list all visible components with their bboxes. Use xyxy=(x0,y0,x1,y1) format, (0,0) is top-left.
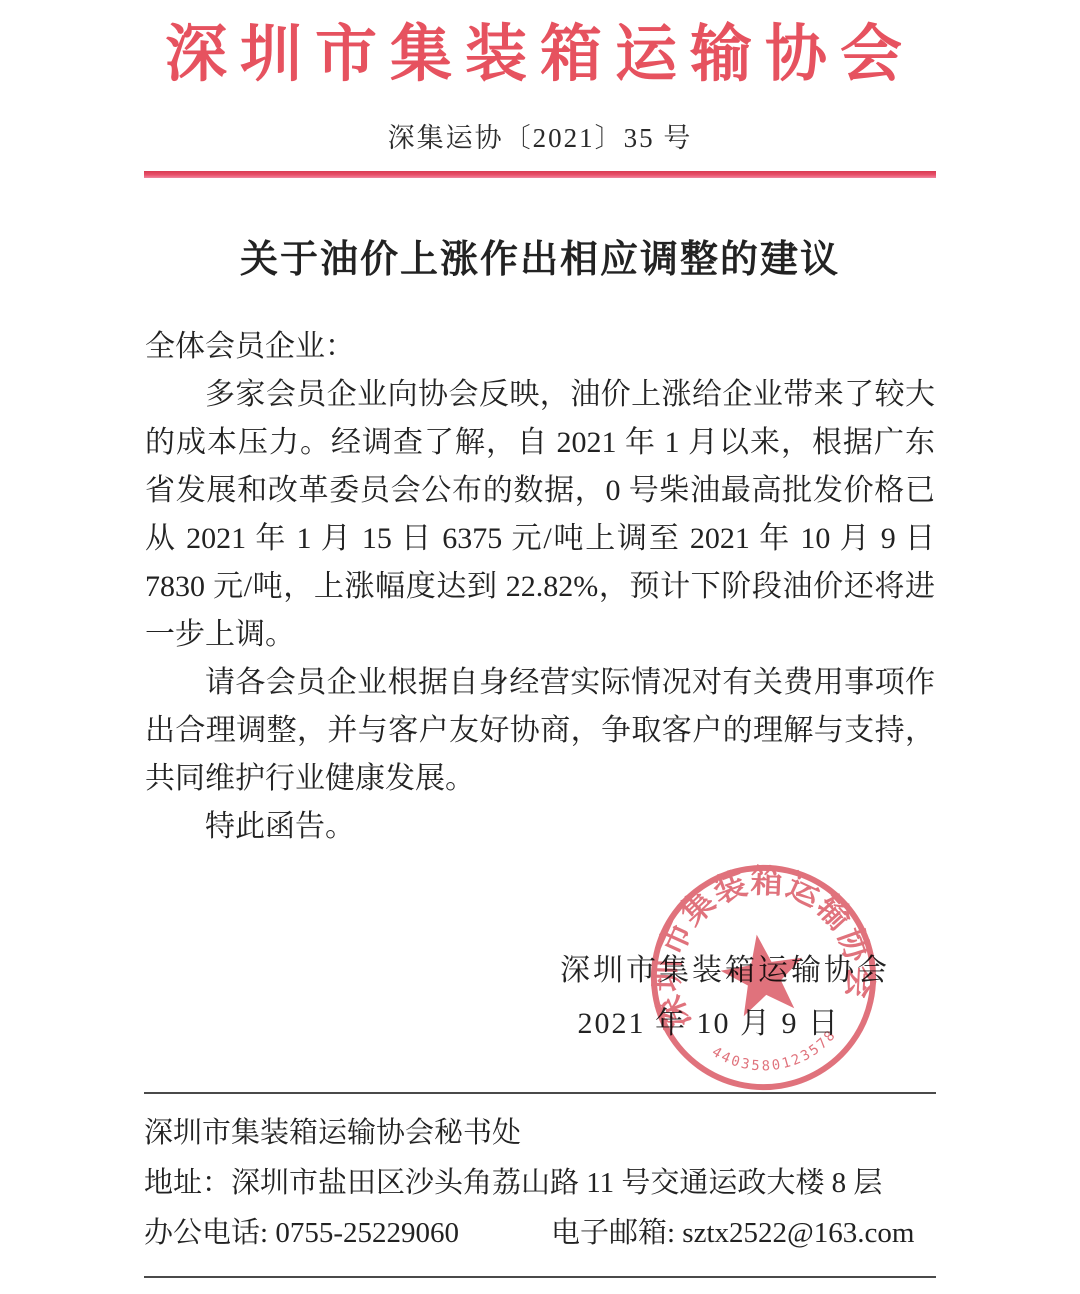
signature-org: 深圳市集装箱运输协会 xyxy=(560,947,890,995)
footer-secretariat: 深圳市集装箱运输协会秘书处 xyxy=(144,1112,936,1154)
signature-block: 深圳市集装箱运输协会 2021 年 10 月 9 日 深圳市集装箱运输协会 44… xyxy=(145,851,935,1109)
footer-email-address: sztx2522@163.com xyxy=(682,1217,914,1249)
paragraph-1: 多家会员企业向协会反映，油价上涨给企业带来了较大的成本压力。经调查了解，自 20… xyxy=(145,371,935,659)
paragraph-2: 请各会员企业根据自身经营实际情况对有关费用事项作出合理调整，并与客户友好协商，争… xyxy=(145,659,935,803)
letterhead: 深圳市集装箱运输协会 深集运协〔2021〕35 号 xyxy=(0,18,1080,178)
letterhead-rule xyxy=(144,171,936,178)
letter-body: 关于油价上涨作出相应调整的建议 全体会员企业： 多家会员企业向协会反映，油价上涨… xyxy=(0,228,1080,1109)
footer-email-label: 电子邮箱: xyxy=(551,1217,682,1249)
footer-address: 地址：深圳市盐田区沙头角荔山路 11 号交通运政大楼 8 层 xyxy=(144,1162,936,1204)
closing-phrase: 特此函告。 xyxy=(145,803,935,851)
document-title: 关于油价上涨作出相应调整的建议 xyxy=(0,228,1080,283)
footer: 深圳市集装箱运输协会秘书处 地址：深圳市盐田区沙头角荔山路 11 号交通运政大楼… xyxy=(144,1092,936,1278)
footer-phone-number: 0755-25229060 xyxy=(275,1217,459,1249)
body-text: 全体会员企业： 多家会员企业向协会反映，油价上涨给企业带来了较大的成本压力。经调… xyxy=(145,323,935,1109)
doc-number: 深集运协〔2021〕35 号 xyxy=(0,116,1080,155)
document-page: 深圳市集装箱运输协会 深集运协〔2021〕35 号 关于油价上涨作出相应调整的建… xyxy=(0,0,1080,1294)
footer-contact: 办公电话: 0755-25229060电子邮箱: sztx2522@163.co… xyxy=(144,1212,936,1254)
footer-phone-label: 办公电话: xyxy=(144,1217,275,1249)
letterhead-org-name: 深圳市集装箱运输协会 xyxy=(0,18,1080,92)
salutation: 全体会员企业： xyxy=(145,323,935,371)
signature-date: 2021 年 10 月 9 日 xyxy=(578,1000,841,1048)
